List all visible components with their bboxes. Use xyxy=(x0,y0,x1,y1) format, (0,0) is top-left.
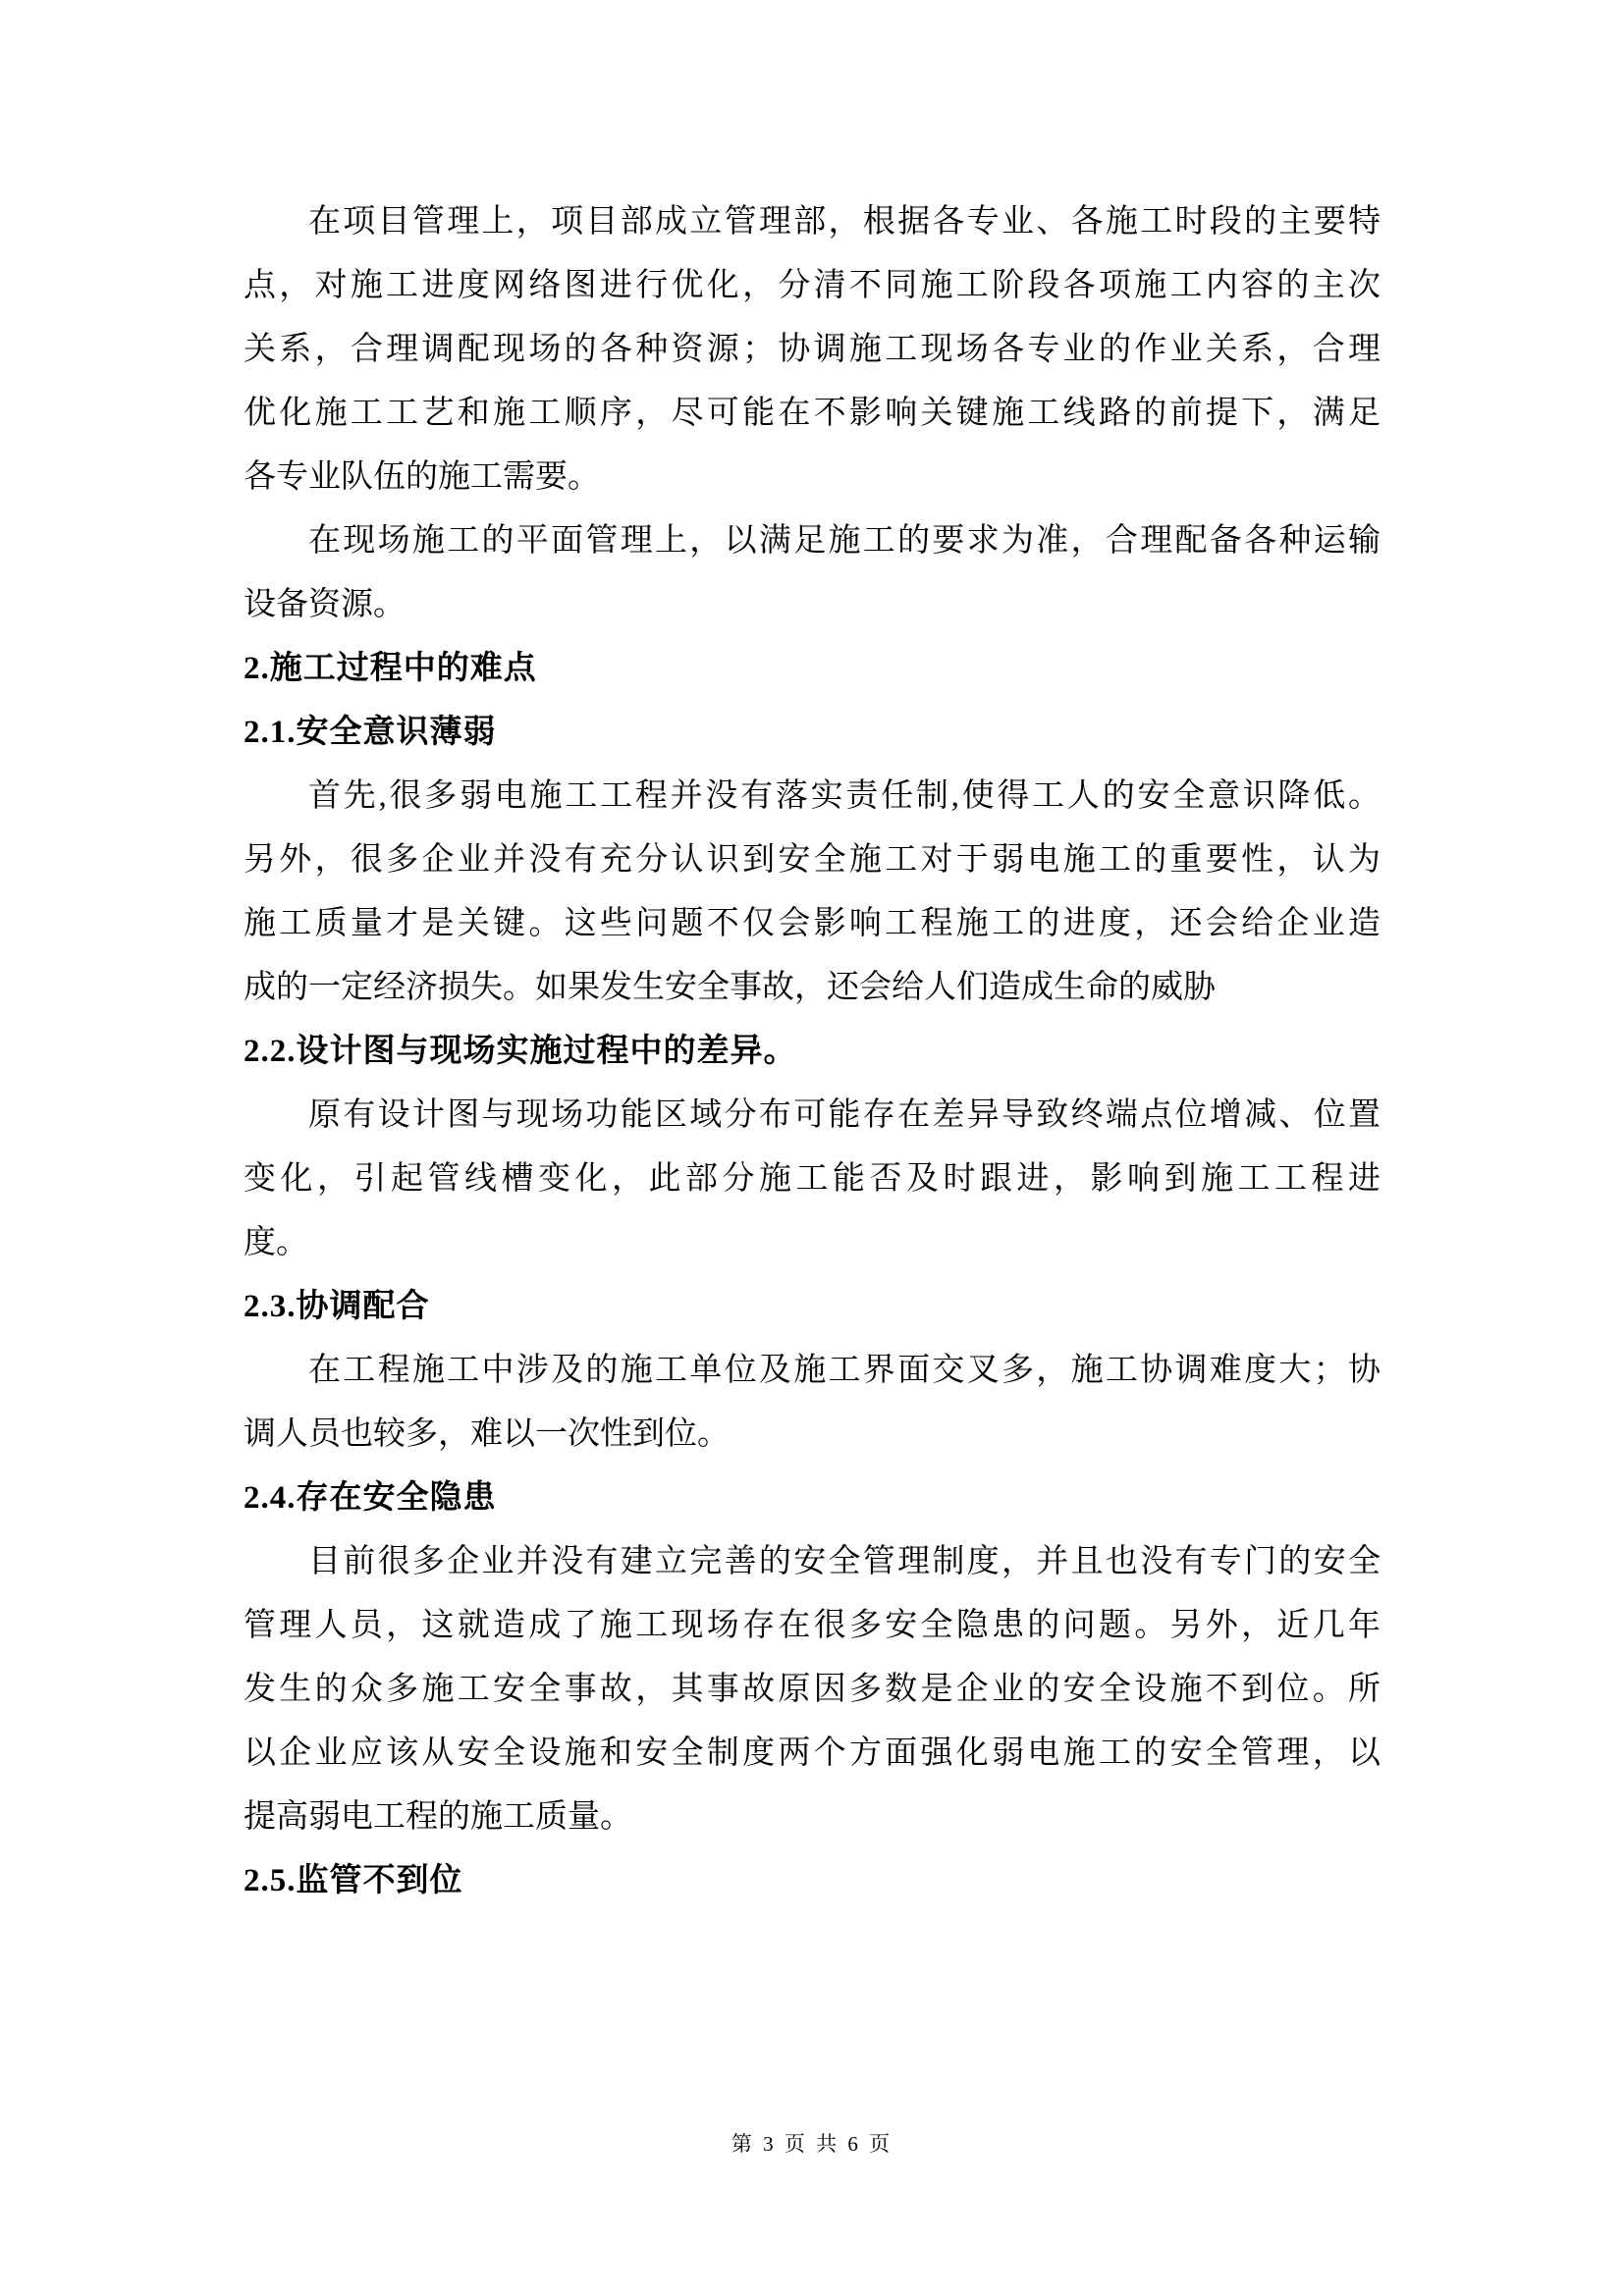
section-2-1-line-2: 另外，很多企业并没有充分认识到安全施工对于弱电施工的重要性，认为 xyxy=(244,828,1380,892)
paragraph-2-line-1: 在现场施工的平面管理上，以满足施工的要求为准，合理配备各种运输 xyxy=(244,509,1380,573)
document-body: 在项目管理上，项目部成立管理部，根据各专业、各施工时段的主要特 点，对施工进度网… xyxy=(244,190,1380,1913)
section-heading-2-1: 2.1.安全意识薄弱 xyxy=(244,701,1380,765)
section-2-4-line-5: 提高弱电工程的施工质量。 xyxy=(244,1786,1380,1849)
paragraph-1-line-1: 在项目管理上，项目部成立管理部，根据各专业、各施工时段的主要特 xyxy=(244,190,1380,254)
document-page: 在项目管理上，项目部成立管理部，根据各专业、各施工时段的主要特 点，对施工进度网… xyxy=(0,0,1624,2296)
section-2-4-line-1: 目前很多企业并没有建立完善的安全管理制度，并且也没有专门的安全 xyxy=(244,1530,1380,1594)
page-number-label: 第 3 页 共 6 页 xyxy=(731,2132,893,2156)
paragraph-2-line-2: 设备资源。 xyxy=(244,573,1380,637)
paragraph-1-line-3: 关系，合理调配现场的各种资源；协调施工现场各专业的作业关系，合理 xyxy=(244,318,1380,382)
paragraph-1-line-4: 优化施工工艺和施工顺序，尽可能在不影响关键施工线路的前提下，满足 xyxy=(244,382,1380,446)
section-heading-2-5: 2.5.监管不到位 xyxy=(244,1849,1380,1913)
page-footer: 第 3 页 共 6 页 xyxy=(0,2130,1624,2158)
section-2-4-line-4: 以企业应该从安全设施和安全制度两个方面强化弱电施工的安全管理，以 xyxy=(244,1722,1380,1786)
paragraph-1-line-2: 点，对施工进度网络图进行优化，分清不同施工阶段各项施工内容的主次 xyxy=(244,254,1380,318)
section-2-4-line-2: 管理人员，这就造成了施工现场存在很多安全隐患的问题。另外，近几年 xyxy=(244,1594,1380,1658)
section-2-2-line-3: 度。 xyxy=(244,1211,1380,1275)
section-2-3-line-1: 在工程施工中涉及的施工单位及施工界面交叉多，施工协调难度大；协 xyxy=(244,1339,1380,1403)
paragraph-1-line-5: 各专业队伍的施工需要。 xyxy=(244,446,1380,509)
section-2-3-line-2: 调人员也较多，难以一次性到位。 xyxy=(244,1403,1380,1467)
section-2-1-line-4: 成的一定经济损失。如果发生安全事故，还会给人们造成生命的威胁 xyxy=(244,956,1380,1020)
section-2-1-line-3: 施工质量才是关键。这些问题不仅会影响工程施工的进度，还会给企业造 xyxy=(244,892,1380,956)
section-heading-2-2: 2.2.设计图与现场实施过程中的差异。 xyxy=(244,1020,1380,1084)
section-heading-2-3: 2.3.协调配合 xyxy=(244,1275,1380,1339)
section-2-1-line-1: 首先,很多弱电施工工程并没有落实责任制,使得工人的安全意识降低。 xyxy=(244,765,1380,828)
section-2-2-line-1: 原有设计图与现场功能区域分布可能存在差异导致终端点位增减、位置 xyxy=(244,1084,1380,1148)
section-heading-2-4: 2.4.存在安全隐患 xyxy=(244,1467,1380,1530)
section-heading-2: 2.施工过程中的难点 xyxy=(244,637,1380,701)
section-2-2-line-2: 变化，引起管线槽变化，此部分施工能否及时跟进，影响到施工工程进 xyxy=(244,1148,1380,1211)
section-2-4-line-3: 发生的众多施工安全事故，其事故原因多数是企业的安全设施不到位。所 xyxy=(244,1658,1380,1722)
